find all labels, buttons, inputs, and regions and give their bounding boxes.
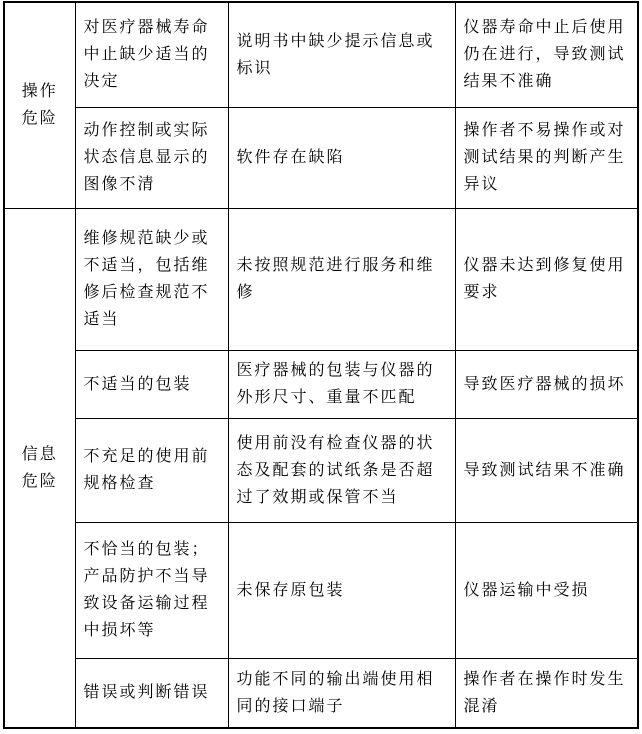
consequence-cell: 仪器寿命中止后使用仍在进行，导致测试结果不准确 bbox=[455, 2, 638, 107]
cause-cell: 未保存原包装 bbox=[228, 522, 455, 658]
table-row: 动作控制或实际状态信息显示的图像不清 软件存在缺陷 操作者不易操作或对测试结果的… bbox=[4, 107, 638, 208]
cause-cell: 医疗器械的包装与仪器的外形尺寸、重量不匹配 bbox=[228, 350, 455, 418]
document-page: 操作危险 对医疗器械寿命中止缺少适当的决定 说明书中缺少提示信息或标识 仪器寿命… bbox=[0, 0, 642, 734]
hazard-cell: 不充足的使用前规格检查 bbox=[75, 418, 228, 522]
table-row: 错误或判断错误 功能不同的输出端使用相同的接口端子 操作者在操作时发生混淆 bbox=[4, 658, 638, 728]
hazard-table: 操作危险 对医疗器械寿命中止缺少适当的决定 说明书中缺少提示信息或标识 仪器寿命… bbox=[3, 1, 639, 729]
hazard-cell: 对医疗器械寿命中止缺少适当的决定 bbox=[75, 2, 228, 107]
consequence-cell: 仪器运输中受损 bbox=[455, 522, 638, 658]
cause-cell: 说明书中缺少提示信息或标识 bbox=[228, 2, 455, 107]
hazard-cell: 动作控制或实际状态信息显示的图像不清 bbox=[75, 107, 228, 208]
hazard-cell: 错误或判断错误 bbox=[75, 658, 228, 728]
consequence-cell: 操作者不易操作或对测试结果的判断产生异议 bbox=[455, 107, 638, 208]
table-row: 信息危险 维修规范缺少或不适当，包括维修后检查规范不适当 未按照规范进行服务和维… bbox=[4, 208, 638, 350]
table-row: 不适当的包装 医疗器械的包装与仪器的外形尺寸、重量不匹配 导致医疗器械的损坏 bbox=[4, 350, 638, 418]
hazard-cell: 不恰当的包装；产品防护不当导致设备运输过程中损坏等 bbox=[75, 522, 228, 658]
cause-cell: 软件存在缺陷 bbox=[228, 107, 455, 208]
table-row: 不恰当的包装；产品防护不当导致设备运输过程中损坏等 未保存原包装 仪器运输中受损 bbox=[4, 522, 638, 658]
table-row: 操作危险 对医疗器械寿命中止缺少适当的决定 说明书中缺少提示信息或标识 仪器寿命… bbox=[4, 2, 638, 107]
cause-cell: 使用前没有检查仪器的状态及配套的试纸条是否超过了效期或保管不当 bbox=[228, 418, 455, 522]
consequence-cell: 导致测试结果不准确 bbox=[455, 418, 638, 522]
consequence-cell: 导致医疗器械的损坏 bbox=[455, 350, 638, 418]
hazard-cell: 维修规范缺少或不适当，包括维修后检查规范不适当 bbox=[75, 208, 228, 350]
category-cell-information-hazard: 信息危险 bbox=[4, 208, 75, 728]
consequence-cell: 操作者在操作时发生混淆 bbox=[455, 658, 638, 728]
consequence-cell: 仪器未达到修复使用要求 bbox=[455, 208, 638, 350]
table-row: 不充足的使用前规格检查 使用前没有检查仪器的状态及配套的试纸条是否超过了效期或保… bbox=[4, 418, 638, 522]
hazard-cell: 不适当的包装 bbox=[75, 350, 228, 418]
cause-cell: 未按照规范进行服务和维修 bbox=[228, 208, 455, 350]
category-cell-operation-hazard: 操作危险 bbox=[4, 2, 75, 208]
cause-cell: 功能不同的输出端使用相同的接口端子 bbox=[228, 658, 455, 728]
